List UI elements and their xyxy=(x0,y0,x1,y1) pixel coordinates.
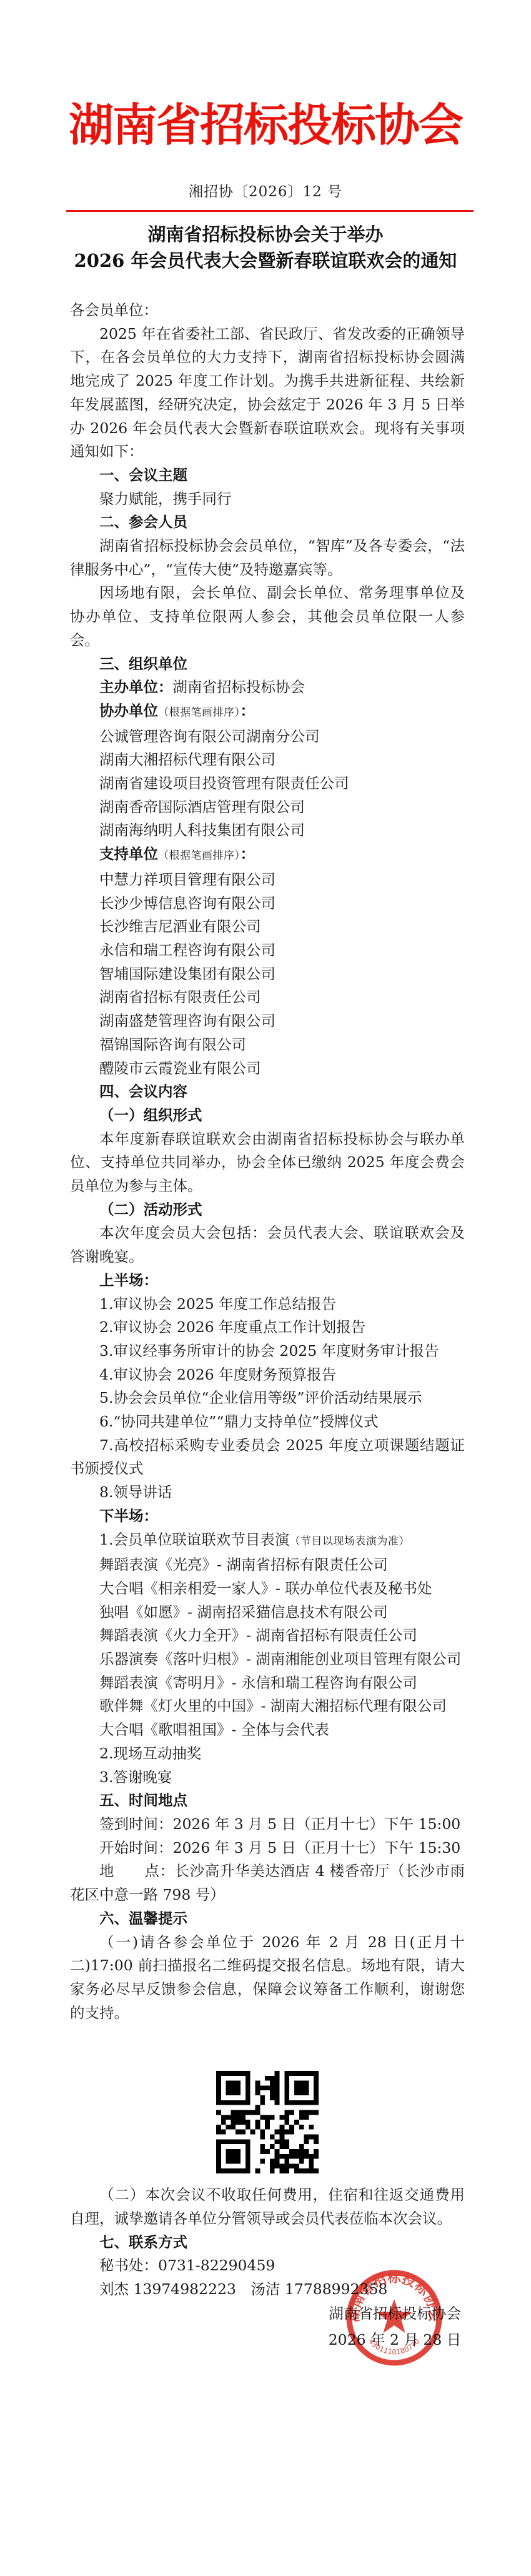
paragraph: 1.审议协会 2025 年度工作总结报告 xyxy=(70,1293,465,1316)
paragraph: 聚力赋能，携手同行 xyxy=(70,488,465,511)
paragraph: 中慧力祥项目管理有限公司 xyxy=(70,868,465,892)
paragraph: 因场地有限，会长单位、副会长单位、常务理事单位及协办单位、支持单位限两人参会，其… xyxy=(70,581,465,652)
notice-title-line2: 2026 年会员代表大会暨新春联谊联欢会的通知 xyxy=(0,248,531,274)
section-heading: 五、时间地点 xyxy=(70,1789,465,1813)
paragraph: 大合唱《相亲相爱一家人》- 联办单位代表及秘书处 xyxy=(70,1577,465,1601)
paragraph: 长沙维吉尼酒业有限公司 xyxy=(70,915,465,939)
doc-number: 湘招协〔2026〕12 号 xyxy=(0,180,531,201)
seal-code: 4301110180770 xyxy=(367,2337,422,2357)
org-name-header: 湖南省招标投标协会 xyxy=(0,94,531,156)
item-line: 1.会员单位联谊联欢节目表演（节目以现场表演为准） xyxy=(70,1528,465,1554)
paragraph: 开始时间：2026 年 3 月 5 日（正月十七）下午 15:30 xyxy=(70,1837,465,1860)
section-heading: 下半场： xyxy=(70,1505,465,1528)
paragraph: 4.审议协会 2026 年度财务预算报告 xyxy=(70,1363,465,1387)
label-line: 支持单位（根据笔画排序）： xyxy=(70,843,465,868)
paragraph: 湖南香帝国际酒店管理有限公司 xyxy=(70,796,465,819)
paragraph: 6.“协同共建单位”“鼎力支持单位”授牌仪式 xyxy=(70,1410,465,1434)
paragraph: 智埔国际建设集团有限公司 xyxy=(70,963,465,986)
official-seal: 湖南省招标投标协会 4301110180770 xyxy=(344,2268,444,2368)
label-line: 协办单位（根据笔画排序）： xyxy=(70,699,465,725)
paragraph: 2.审议协会 2026 年度重点工作计划报告 xyxy=(70,1316,465,1340)
section-heading: （一）组织形式 xyxy=(70,1104,465,1128)
paragraph: 2025 年在省委社工部、省民政厅、省发改委的正确领导下，在各会员单位的大力支持… xyxy=(70,323,465,464)
paragraph: 5.协会会员单位“企业信用等级”评价活动结果展示 xyxy=(70,1386,465,1410)
paragraph: （一)请各参会单位于 2026 年 2 月 28 日(正月十二)17:00 前扫… xyxy=(70,1931,465,2025)
paragraph: 湖南省建设项目投资管理有限责任公司 xyxy=(70,772,465,796)
letterhead-divider xyxy=(66,210,474,212)
paragraph: 长沙少博信息咨询有限公司 xyxy=(70,892,465,916)
paragraph: 舞蹈表演《光亮》- 湖南省招标有限责任公司 xyxy=(70,1553,465,1577)
registration-qr-code xyxy=(216,2071,319,2173)
paragraph: 公诚管理咨询有限公司湖南分公司 xyxy=(70,725,465,749)
svg-text:4301110180770: 4301110180770 xyxy=(367,2337,422,2357)
qr-block xyxy=(70,2071,465,2176)
document-body: 各会员单位：2025 年在省委社工部、省民政厅、省发改委的正确领导下，在各会员单… xyxy=(70,299,465,2302)
paragraph: 2.现场互动抽奖 xyxy=(70,1742,465,1766)
paragraph: 舞蹈表演《寄明月》- 永信和瑞工程咨询有限公司 xyxy=(70,1671,465,1695)
paragraph: 8.领导讲话 xyxy=(70,1481,465,1505)
paragraph: 湖南海纳明人科技集团有限公司 xyxy=(70,819,465,843)
paragraph: 舞蹈表演《火力全开》- 湖南省招标有限责任公司 xyxy=(70,1624,465,1648)
salutation: 各会员单位： xyxy=(70,299,465,323)
section-heading: 六、温馨提示 xyxy=(70,1907,465,1931)
seal-star-icon xyxy=(377,2299,412,2333)
section-heading: （二）活动形式 xyxy=(70,1198,465,1222)
paragraph: 湖南省招标有限责任公司 xyxy=(70,986,465,1010)
paragraph: 3.答谢晚宴 xyxy=(70,1766,465,1790)
paragraph: 大合唱《歌唱祖国》- 全体与会代表 xyxy=(70,1718,465,1742)
paragraph: 独唱《如愿》- 湖南招采猫信息技术有限公司 xyxy=(70,1601,465,1625)
section-heading: 二、参会人员 xyxy=(70,511,465,534)
paragraph: 湖南大湘招标代理有限公司 xyxy=(70,748,465,772)
label-line: 主办单位：湖南省招标投标协会 xyxy=(70,676,465,699)
paragraph: 永信和瑞工程咨询有限公司 xyxy=(70,939,465,963)
paragraph: 福锦国际咨询有限公司 xyxy=(70,1033,465,1057)
paragraph: 歌伴舞《灯火里的中国》- 湖南大湘招标代理有限公司 xyxy=(70,1695,465,1718)
section-heading: 上半场： xyxy=(70,1269,465,1293)
paragraph: 乐器演奏《落叶归根》- 湖南湘能创业项目管理有限公司 xyxy=(70,1648,465,1671)
paragraph: 湖南盛楚管理咨询有限公司 xyxy=(70,1010,465,1033)
paragraph: 本年度新春联谊联欢会由湖南省招标投标协会与联办单位、支持单位共同举办，协会全体已… xyxy=(70,1128,465,1198)
section-heading: 七、联系方式 xyxy=(70,2231,465,2255)
paragraph: 签到时间：2026 年 3 月 5 日（正月十七）下午 15:00 xyxy=(70,1813,465,1837)
notice-title: 湖南省招标投标协会关于举办 2026 年会员代表大会暨新春联谊联欢会的通知 xyxy=(0,221,531,274)
paragraph: 本次年度会员大会包括：会员代表大会、联谊联欢会及答谢晚宴。 xyxy=(70,1221,465,1268)
paragraph: 湖南省招标投标协会会员单位，“智库”及各专委会，“法律服务中心”，“宣传大使”及… xyxy=(70,534,465,581)
notice-title-line1: 湖南省招标投标协会关于举办 xyxy=(0,221,531,248)
paragraph: 地 点：长沙高升华美达酒店 4 楼香帝厅（长沙市雨花区中意一路 798 号） xyxy=(70,1860,465,1907)
paragraph: （二）本次会议不收取任何费用，住宿和往返交通费用自理，诚挚邀请各单位分管领导或会… xyxy=(70,2183,465,2230)
paragraph: 醴陵市云霞瓷业有限公司 xyxy=(70,1057,465,1081)
paragraph: 3.审议经事务所审计的协会 2025 年度财务审计报告 xyxy=(70,1340,465,1363)
section-heading: 一、会议主题 xyxy=(70,464,465,488)
section-heading: 四、会议内容 xyxy=(70,1080,465,1104)
section-heading: 三、组织单位 xyxy=(70,653,465,676)
paragraph: 7.高校招标采购专业委员会 2025 年度立项课题结题证书颁授仪式 xyxy=(70,1434,465,1481)
